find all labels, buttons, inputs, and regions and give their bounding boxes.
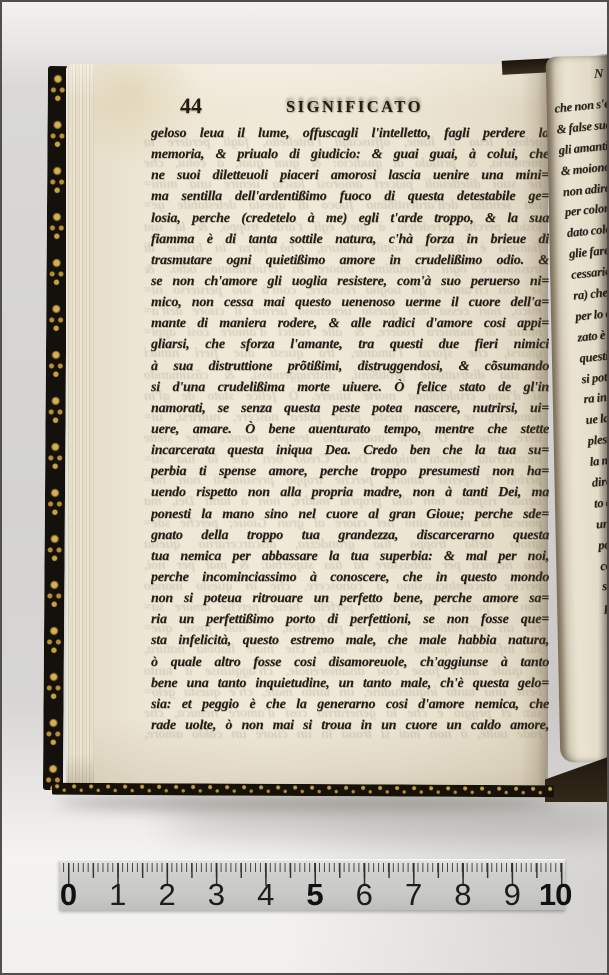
ruler-number: 10 bbox=[539, 879, 571, 910]
ruler-number: 2 bbox=[158, 879, 174, 910]
text-line: gnato della troppo tua grandezza, discar… bbox=[151, 525, 549, 546]
text-line: memoria, & priualo di giudicio: & guai g… bbox=[151, 144, 549, 165]
text-line: perche incominciassimo à conoscere, che … bbox=[151, 567, 549, 588]
running-header: SIGNIFICATO bbox=[286, 97, 423, 117]
left-page: geloso leua il lume, offuscagli l'intell… bbox=[94, 64, 546, 790]
text-line: sta infelicità, questo estremo male, che… bbox=[151, 630, 549, 651]
ruler-number: 9 bbox=[504, 879, 520, 910]
page-number: 44 bbox=[180, 93, 202, 119]
book-photograph: geloso leua il lume, offuscagli l'intell… bbox=[0, 0, 609, 975]
book-shadow-soft bbox=[162, 800, 609, 842]
text-line: sia: et peggio è che la generarno cosi d… bbox=[151, 694, 549, 715]
ruler-number: 1 bbox=[109, 879, 125, 910]
text-line: incarcerata questa iniqua Dea. Credo ben… bbox=[151, 440, 549, 461]
book-bottom-gilt-edge bbox=[52, 783, 554, 798]
text-line: perbia ti spense amore, perche troppo pr… bbox=[151, 461, 549, 482]
text-line: se non ch'amore gli uoglia resistere, co… bbox=[151, 271, 549, 292]
ruler-number: 4 bbox=[257, 879, 273, 910]
text-line: ponesti la mano sino nel cuore al gran G… bbox=[151, 504, 549, 525]
text-line: gliarsi, che sforza l'amante, tra questi… bbox=[151, 334, 549, 355]
text-line: ma sentilla dell'ardentißimo fuoco di qu… bbox=[151, 186, 549, 207]
text-line: tua nemica per abbassare la tua superbia… bbox=[151, 546, 549, 567]
book-binding-edge bbox=[43, 66, 68, 790]
page-fore-edge bbox=[66, 64, 96, 790]
text-line: rade uolte, ò non mai si troua in un cuo… bbox=[151, 715, 549, 736]
text-line: mante di maniera rodere, & alle radici d… bbox=[151, 313, 549, 334]
gutter-shadow bbox=[522, 64, 548, 790]
text-line: uendo rispetto non alla propria madre, n… bbox=[151, 482, 549, 503]
text-line: si d'una crudelißima morte uiuere. Ò fel… bbox=[151, 377, 549, 398]
ruler-number: 7 bbox=[405, 879, 421, 910]
text-line: ne suoi diletteuoli piaceri amorosi lasc… bbox=[151, 165, 549, 186]
text-line: non si poteua ritrouare un perfetto bene… bbox=[151, 588, 549, 609]
ruler-number: 3 bbox=[208, 879, 224, 910]
ruler-number: 6 bbox=[356, 879, 372, 910]
text-line: trasmutare ogni quietißimo amore in crud… bbox=[151, 250, 549, 271]
text-line: ria un perfettißimo porto di perfettioni… bbox=[151, 609, 549, 630]
text-line: namorati, se senza questa peste potea na… bbox=[151, 398, 549, 419]
text-line: geloso leua il lume, offuscagli l'intell… bbox=[151, 123, 549, 144]
text-line: losia, perche (credetelo à me) egli t'ar… bbox=[151, 208, 549, 229]
ruler-number: 0 bbox=[60, 879, 76, 910]
text-line: bene una tanto inquietudine, un tanto ma… bbox=[151, 673, 549, 694]
ruler-number: 5 bbox=[306, 879, 322, 910]
text-line: mico, non cessa mai questo uenenoso uerm… bbox=[151, 292, 549, 313]
text-line: ò quale altro fosse cosi disamoreuole, c… bbox=[151, 652, 549, 673]
right-cover-edge-shadow bbox=[598, 54, 609, 766]
text-line: à sua distruttione prõtißimi, distruggen… bbox=[151, 356, 549, 377]
ruler-number: 8 bbox=[454, 879, 470, 910]
page-text-block: geloso leua il lume, offuscagli l'intell… bbox=[151, 123, 549, 739]
text-line: uere, amare. Ò bene auenturato tempo, me… bbox=[151, 419, 549, 440]
text-line: fiamma è di tanta sottile natura, c'hà f… bbox=[151, 229, 549, 250]
ruler: 012345678910 bbox=[59, 859, 565, 910]
